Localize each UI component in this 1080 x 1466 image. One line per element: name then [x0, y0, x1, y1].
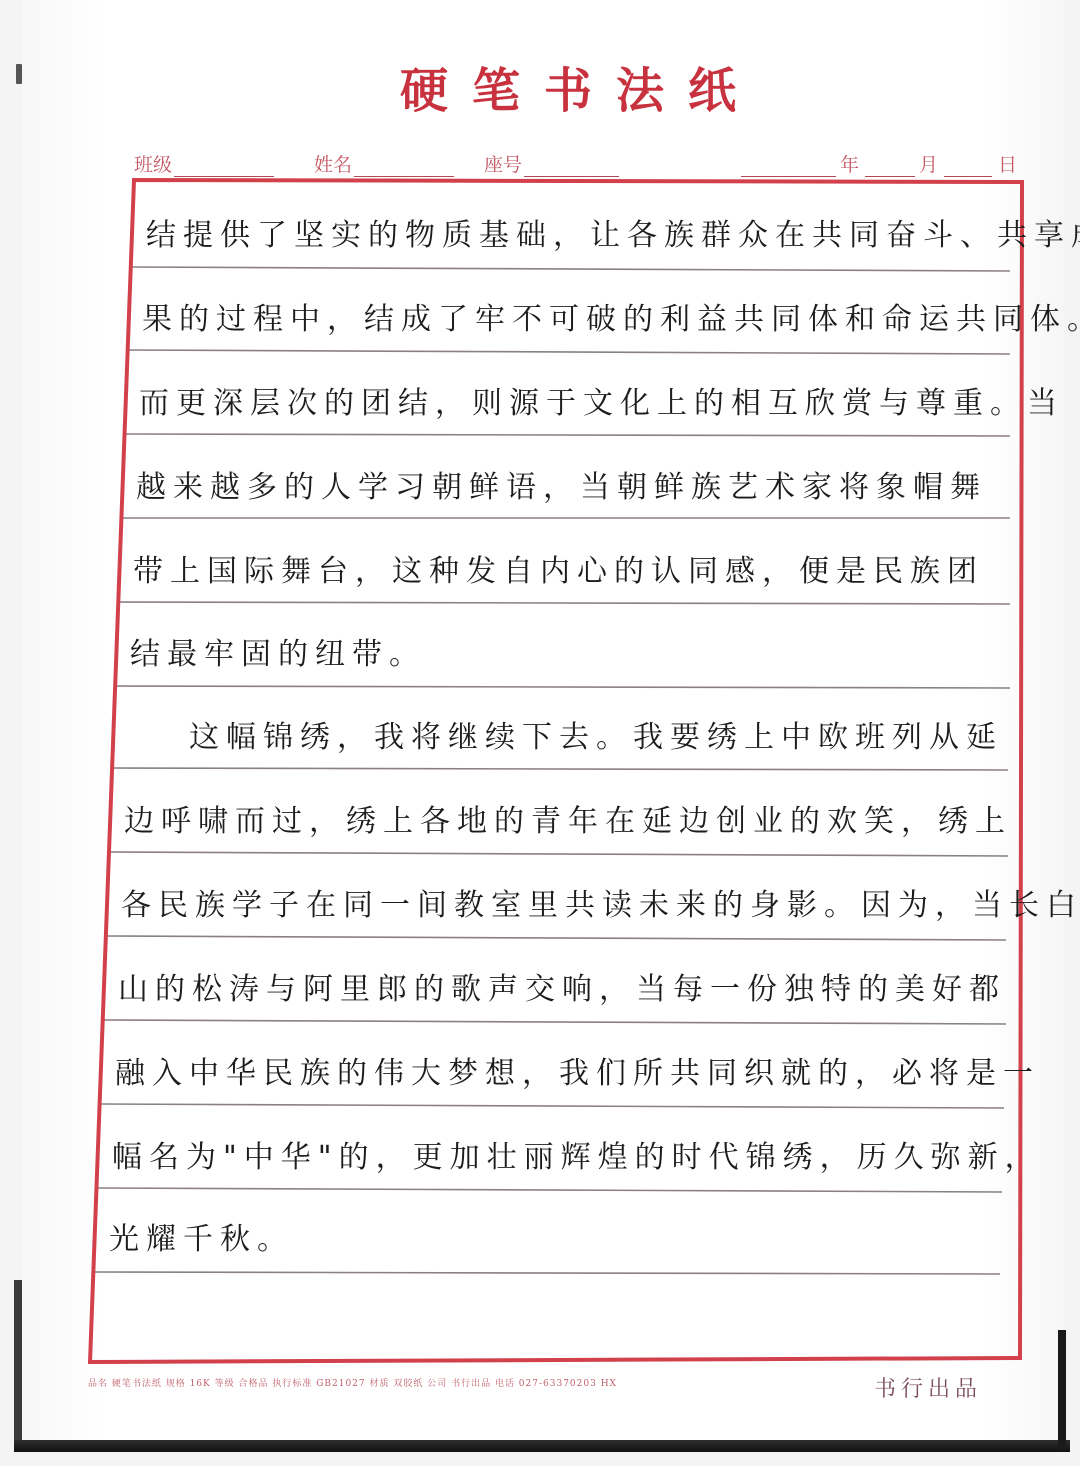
month-blank — [865, 158, 915, 177]
name-blank — [354, 158, 454, 177]
text-line-11: 融入中华民族的伟大梦想，我们所共同织就的，必将是一 — [115, 1028, 1040, 1112]
header-fields: 班级 姓名 座号 年月日 — [134, 150, 1029, 180]
text-line-9: 各民族学子在同一间教室里共读未来的身影。因为，当长白 — [121, 860, 1080, 944]
seat-blank — [524, 158, 619, 177]
text-line-2: 果的过程中，结成了牢不可破的利益共同体和命运共同体。 — [142, 274, 1080, 358]
sheet-shadow-left — [14, 1280, 22, 1450]
text-line-1: 结提供了坚实的物质基础，让各族群众在共同奋斗、共享成 — [146, 190, 1080, 274]
name-field: 姓名 — [314, 150, 454, 177]
text-line-3: 而更深层次的团结，则源于文化上的相互欣赏与尊重。当 — [139, 358, 1064, 442]
page-title: 硬笔书法纸 — [0, 52, 1080, 121]
date-field: 年月日 — [739, 150, 1017, 177]
class-blank — [174, 158, 274, 177]
seat-field: 座号 — [484, 150, 619, 177]
sheet-shadow-bottom — [14, 1440, 1070, 1452]
text-line-10: 山的松涛与阿里郎的歌声交响，当每一份独特的美好都 — [118, 944, 1006, 1028]
text-line-7-paragraph-start: 这幅锦绣，我将继续下去。我要绣上中欧班列从延 — [127, 692, 1003, 776]
name-label: 姓名 — [314, 154, 352, 176]
month-label: 月 — [919, 154, 938, 176]
day-blank — [944, 158, 992, 177]
handwriting-rows: 结提供了坚实的物质基础，让各族群众在共同奋斗、共享成 果的过程中，结成了牢不可破… — [88, 178, 1030, 1364]
text-line-8: 边呼啸而过，绣上各地的青年在延边创业的欢笑，绣上 — [124, 776, 1012, 860]
product-spec-line: 品名 硬笔书法纸 规格 16K 等级 合格品 执行标准 GB21027 材质 双… — [88, 1376, 788, 1389]
seat-label: 座号 — [484, 154, 522, 176]
class-field: 班级 — [134, 150, 274, 177]
writing-frame: 结提供了坚实的物质基础，让各族群众在共同奋斗、共享成 果的过程中，结成了牢不可破… — [88, 178, 1030, 1364]
text-line-12: 幅名为"中华"的，更加壮丽辉煌的时代锦绣，历久弥新， — [112, 1112, 1042, 1196]
text-line-6: 结最牢固的纽带。 — [130, 609, 426, 693]
year-blank — [741, 158, 836, 177]
class-label: 班级 — [134, 154, 172, 176]
publisher-mark: 书行出品 — [874, 1372, 982, 1403]
text-line-5: 带上国际舞台，这种发自内心的认同感，便是民族团 — [133, 526, 984, 610]
text-line-13: 光耀千秋。 — [109, 1194, 294, 1278]
day-label: 日 — [998, 154, 1017, 176]
sheet-shadow-right — [1058, 1330, 1066, 1450]
text-line-4: 越来越多的人学习朝鲜语，当朝鲜族艺术家将象帽舞 — [136, 442, 987, 526]
year-label: 年 — [840, 154, 859, 176]
